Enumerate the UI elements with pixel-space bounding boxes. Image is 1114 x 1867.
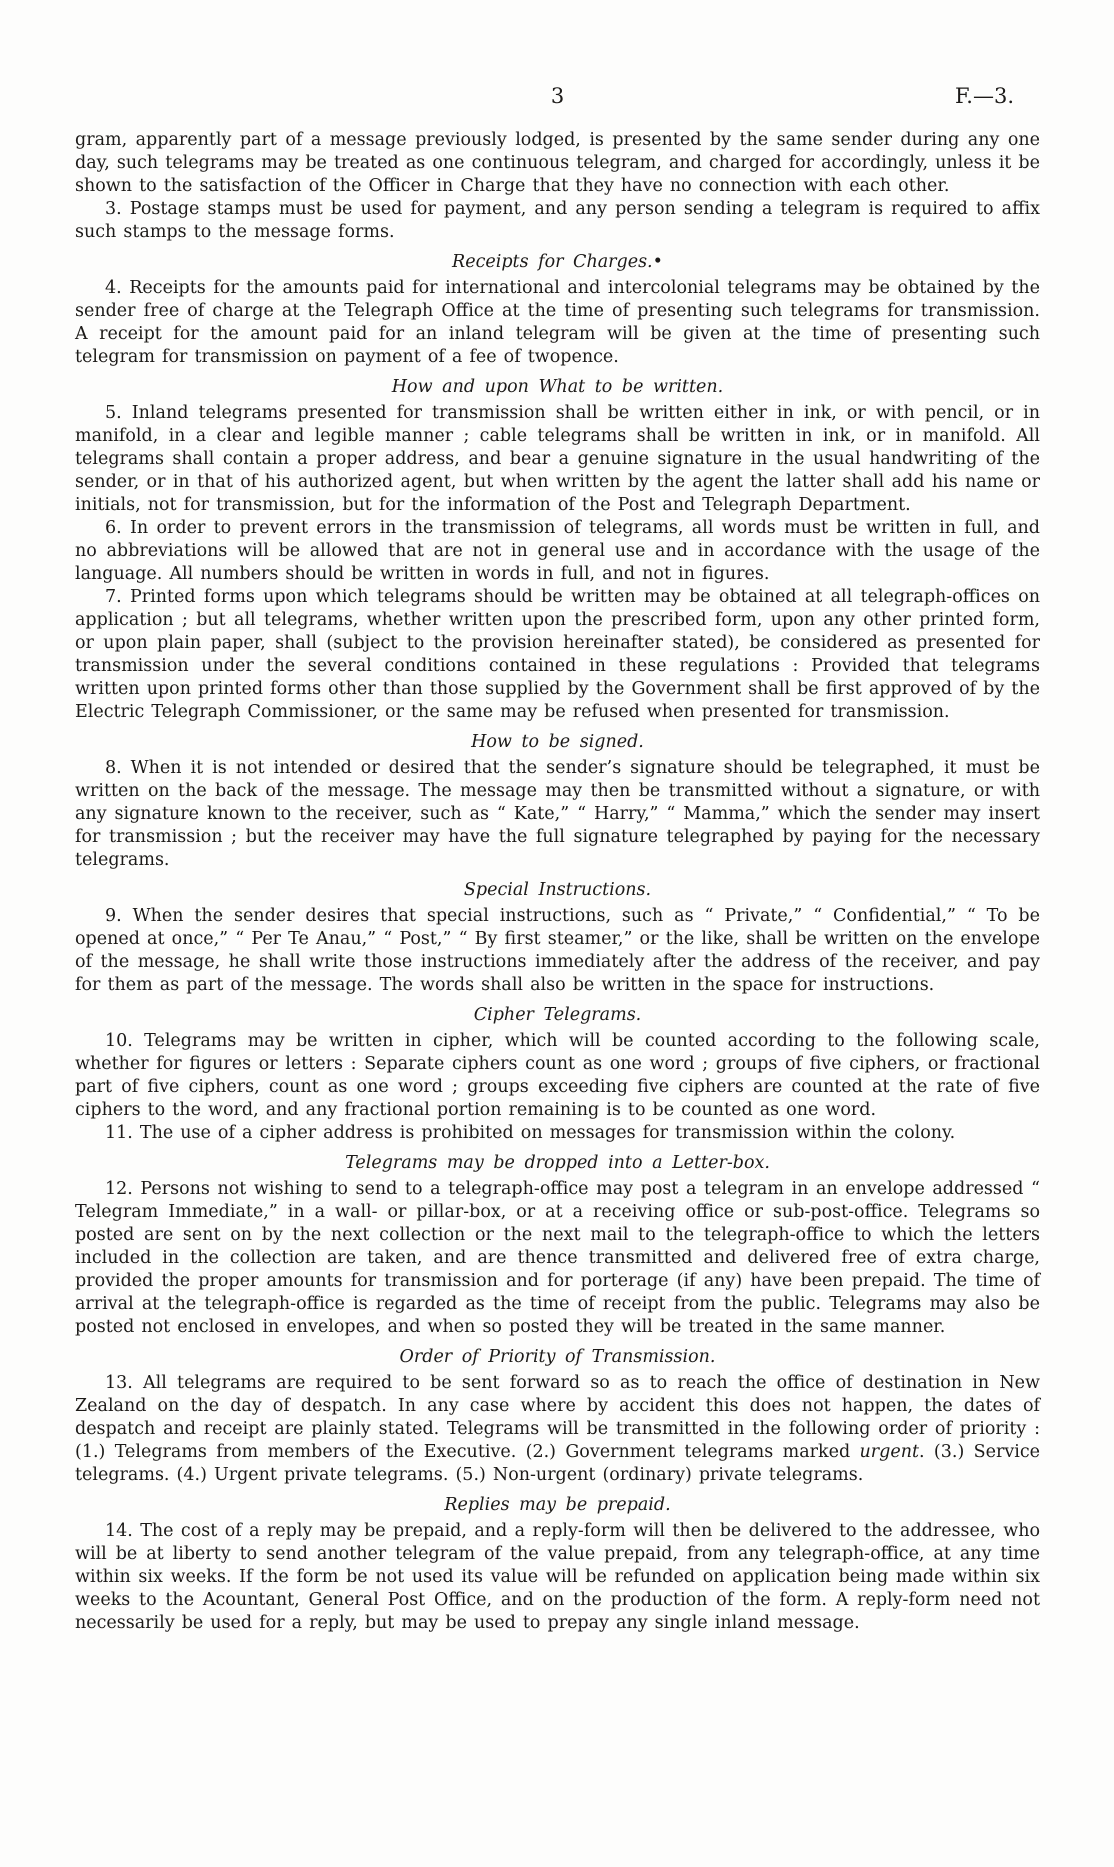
paragraph: 6. In order to prevent errors in the tra… [75,517,1040,586]
section-heading: Special Instructions. [75,879,1040,902]
section-heading: Receipts for Charges.• [75,251,1040,274]
paragraph: 13. All telegrams are required to be sen… [75,1372,1040,1487]
paragraph: 11. The use of a cipher address is prohi… [75,1122,1040,1145]
paragraph: 4. Receipts for the amounts paid for int… [75,277,1040,369]
paragraph: gram, apparently part of a message previ… [75,129,1040,198]
paragraph: 14. The cost of a reply may be prepaid, … [75,1520,1040,1635]
paragraph: 12. Persons not wishing to send to a tel… [75,1178,1040,1339]
section-heading: Replies may be prepaid. [75,1494,1040,1517]
section-heading: Order of Priority of Transmission. [75,1346,1040,1369]
paragraph: 7. Printed forms upon which telegrams sh… [75,586,1040,724]
section-heading: Telegrams may be dropped into a Letter-b… [75,1152,1040,1175]
page-number: 3 [551,84,564,108]
page-header: 3 F.—3. [75,84,1040,108]
paragraph: 3. Postage stamps must be used for payme… [75,198,1040,244]
document-body: gram, apparently part of a message previ… [75,129,1040,1635]
paragraph: 10. Telegrams may be written in cipher, … [75,1030,1040,1122]
section-heading: Cipher Telegrams. [75,1004,1040,1027]
paragraph: 9. When the sender desires that special … [75,905,1040,997]
doc-ref: F.—3. [955,84,1040,108]
section-heading: How and upon What to be written. [75,376,1040,399]
paragraph: 5. Inland telegrams presented for transm… [75,402,1040,517]
document-page: 3 F.—3. gram, apparently part of a messa… [0,0,1114,1867]
section-heading: How to be signed. [75,731,1040,754]
paragraph: 8. When it is not intended or desired th… [75,757,1040,872]
